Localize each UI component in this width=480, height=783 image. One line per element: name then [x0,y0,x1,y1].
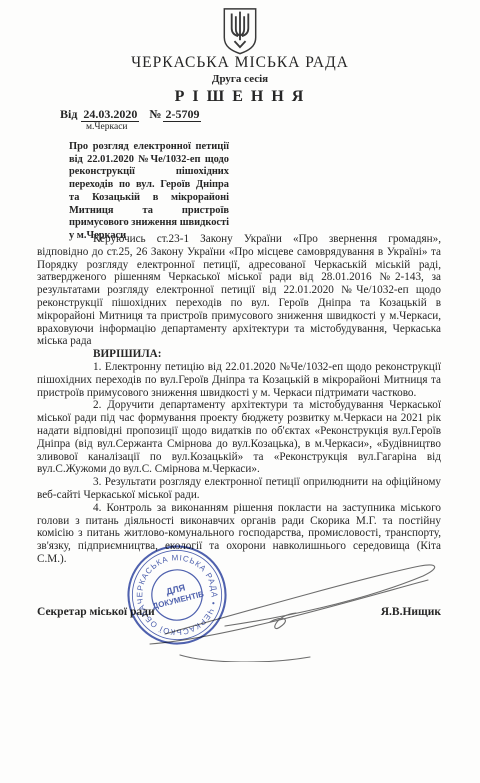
number-label: № [149,107,161,121]
resolution-item-3: 3. Результати розгляду електронної петиц… [37,476,441,502]
preamble-paragraph: Керуючись ст.23-1 Закону України «Про зв… [37,233,441,348]
resolution-item-2: 2. Доручити департаменту архітектури та … [37,399,441,476]
date-value: 24.03.2020 [81,107,139,122]
document-header: ЧЕРКАСЬКА МІСЬКА РАДА Друга сесія Р І Ш … [0,54,480,106]
place-city: м.Черкаси [86,122,128,132]
subject-block: Про розгляд електронної петиції від 22.0… [69,141,229,243]
scanned-decision-document: ЧЕРКАСЬКА МІСЬКА РАДА Друга сесія Р І Ш … [0,0,480,783]
date-label: Від [60,107,77,121]
emblem-container [0,7,480,60]
org-name: ЧЕРКАСЬКА МІСЬКА РАДА [0,54,480,71]
resolved-heading: ВИРІШИЛА: [37,348,441,361]
number-value: 2-5709 [163,107,201,122]
resolution-item-1: 1. Електронну петицію від 22.01.2020 №Че… [37,361,441,399]
session-line: Друга сесія [0,73,480,86]
document-body: Керуючись ст.23-1 Закону України «Про зв… [37,233,441,566]
ukraine-trident-icon [221,7,259,55]
doc-type-title: Р І Ш Е Н Н Я [0,88,480,106]
date-number-line: Від24.03.2020№2-5709 [60,107,201,122]
